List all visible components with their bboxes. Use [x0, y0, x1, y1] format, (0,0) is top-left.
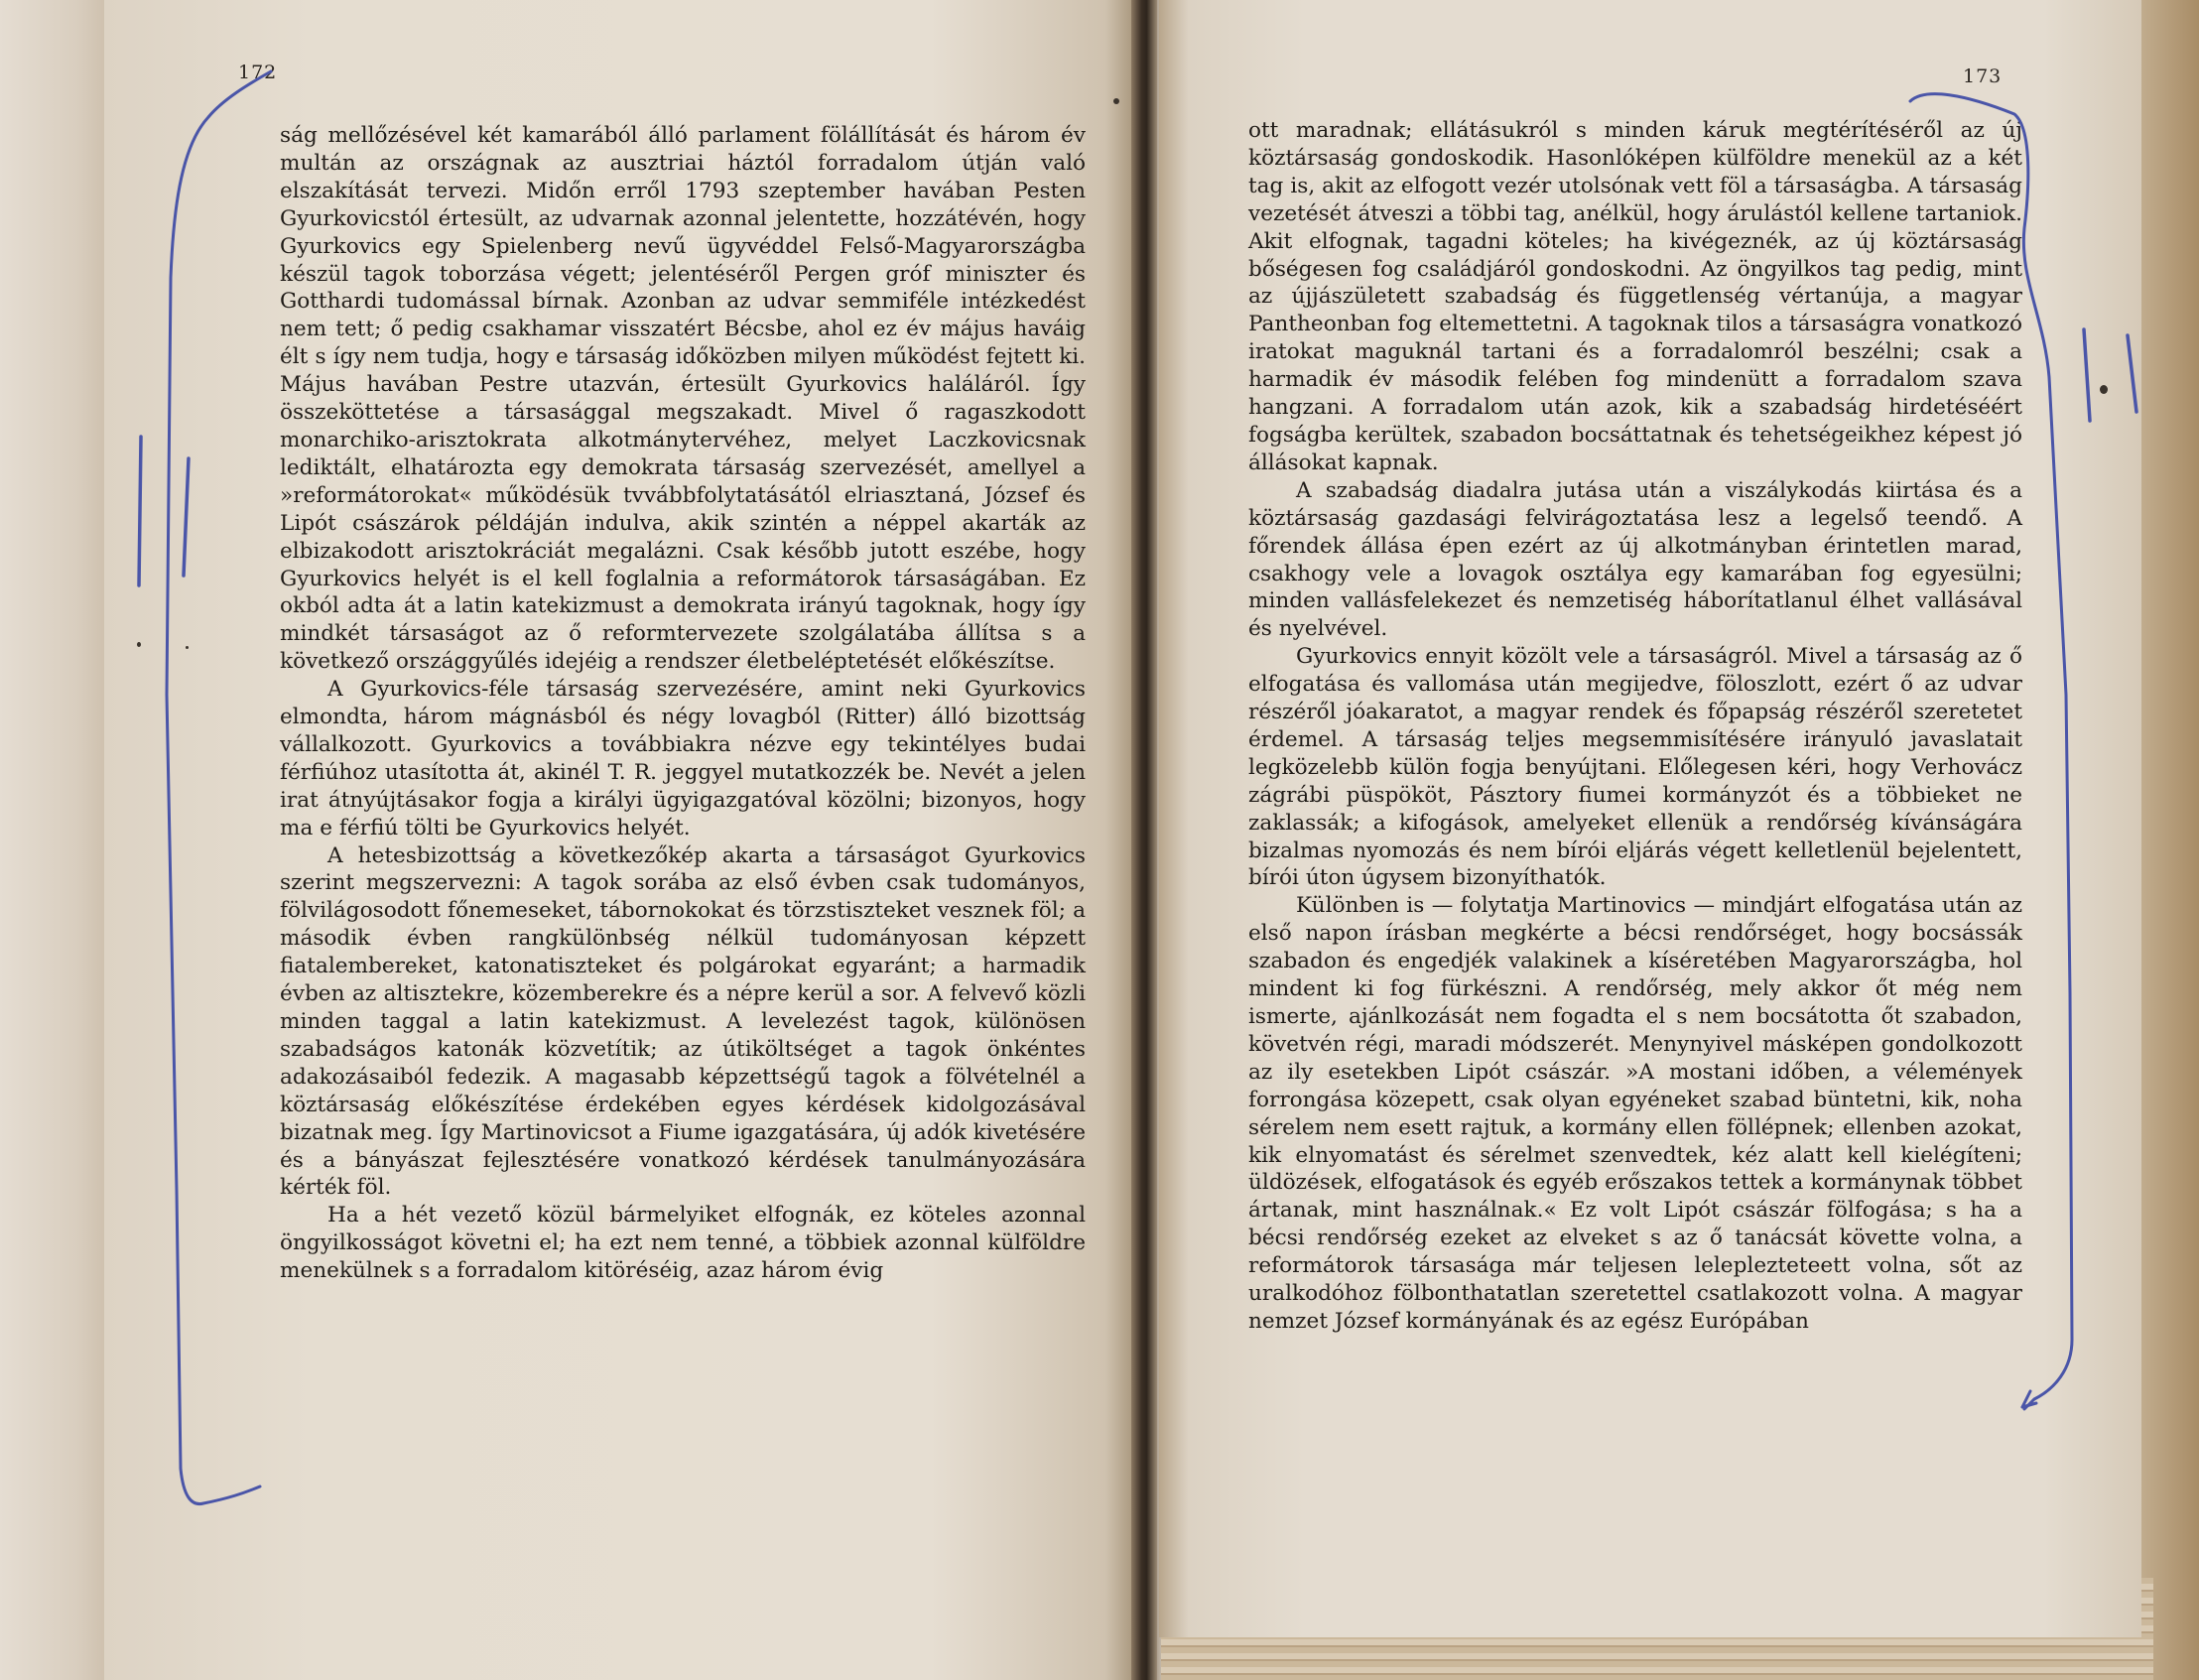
paragraph: Gyurkovics ennyit közölt vele a társaság… [1248, 643, 2022, 892]
right-page-text: ott maradnak; ellátásukról s minden káru… [1248, 117, 2022, 1336]
left-page-text: ság mellőzésével két kamarából álló parl… [280, 122, 1086, 1285]
underlying-page-edge [0, 0, 109, 1680]
page-number-right: 173 [1963, 65, 2002, 87]
ink-dot [137, 642, 141, 647]
ink-dot [2100, 385, 2108, 394]
paragraph: ott maradnak; ellátásukról s minden káru… [1248, 117, 2022, 477]
paragraph: A szabadság diadalra jutása után a viszá… [1248, 477, 2022, 643]
paragraph: A hetesbizottság a következőkép akarta a… [280, 842, 1086, 1203]
paragraph: Különben is — folytatja Martinovics — mi… [1248, 892, 2022, 1336]
paragraph: A Gyurkovics-féle társaság szervezésére,… [280, 676, 1086, 841]
ink-dot [186, 646, 189, 649]
book-gutter [1131, 0, 1157, 1680]
page-number-left: 172 [238, 62, 277, 83]
paragraph: Ha a hét vezető közül bármelyiket elfogn… [280, 1202, 1086, 1285]
ink-dot [1113, 98, 1119, 104]
paragraph: ság mellőzésével két kamarából álló parl… [280, 122, 1086, 676]
